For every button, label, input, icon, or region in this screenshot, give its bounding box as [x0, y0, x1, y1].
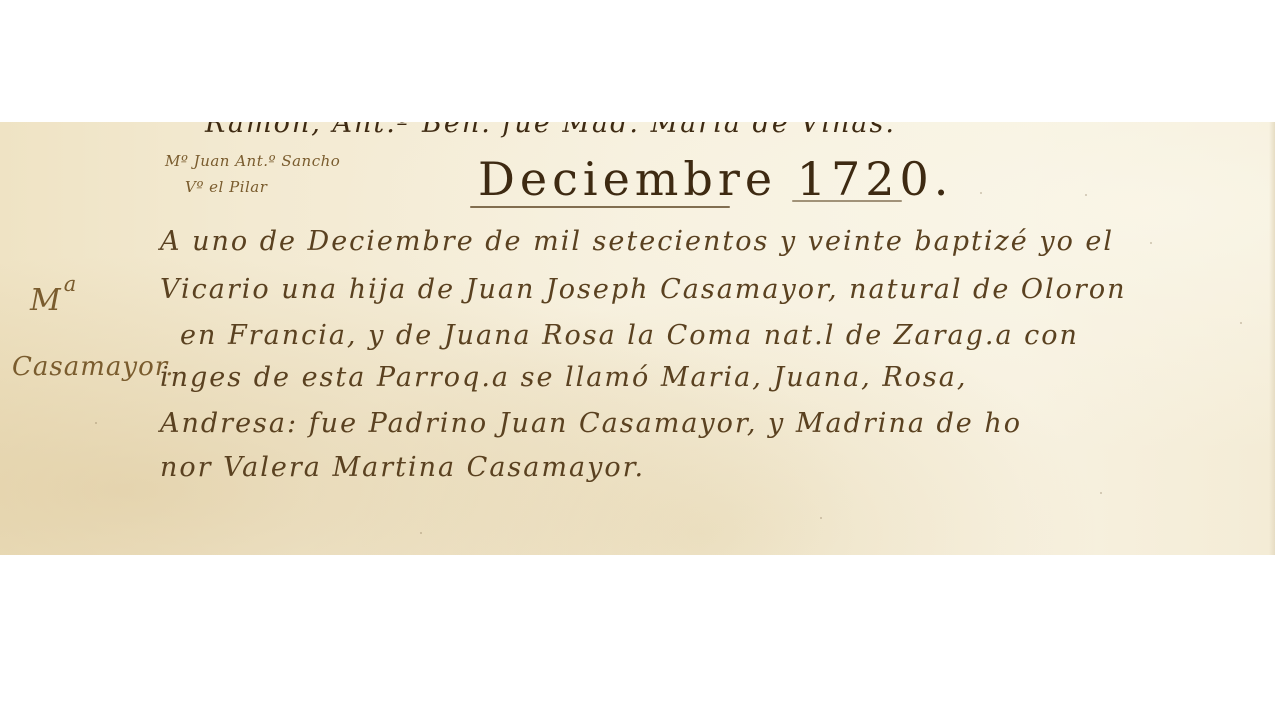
heading-month: Deciembre: [478, 152, 777, 206]
margin-name-initial: Ma: [30, 272, 77, 318]
body-line-6: nor Valera Martina Casamayor.: [160, 452, 645, 483]
margin-annotation-line2: Vº el Pilar: [185, 178, 267, 196]
heading-underline: [470, 206, 730, 208]
body-line-5: Andresa: fue Padrino Juan Casamayor, y M…: [160, 408, 1022, 439]
heading-year: 1720.: [797, 152, 954, 206]
margin-annotation-line1: Mº Juan Ant.º Sancho: [165, 152, 340, 170]
body-line-1: A uno de Deciembre de mil setecientos y …: [160, 226, 1114, 257]
margin-name-surname: Casamayor.: [12, 352, 175, 382]
year-underline: [792, 200, 902, 202]
body-line-4: inges de esta Parroq.a se llamó Maria, J…: [160, 362, 967, 393]
manuscript-page: Ramon, Ant.º Ben. fue Mad. Maria de Viña…: [0, 122, 1275, 555]
body-line-3: en Francia, y de Juana Rosa la Coma nat.…: [180, 320, 1079, 351]
page-heading: Deciembre 1720.: [478, 152, 953, 206]
body-line-2: Vicario una hija de Juan Joseph Casamayo…: [160, 274, 1126, 305]
top-cut-line: Ramon, Ant.º Ben. fue Mad. Maria de Viña…: [205, 122, 896, 139]
image-canvas: Ramon, Ant.º Ben. fue Mad. Maria de Viña…: [0, 0, 1280, 720]
